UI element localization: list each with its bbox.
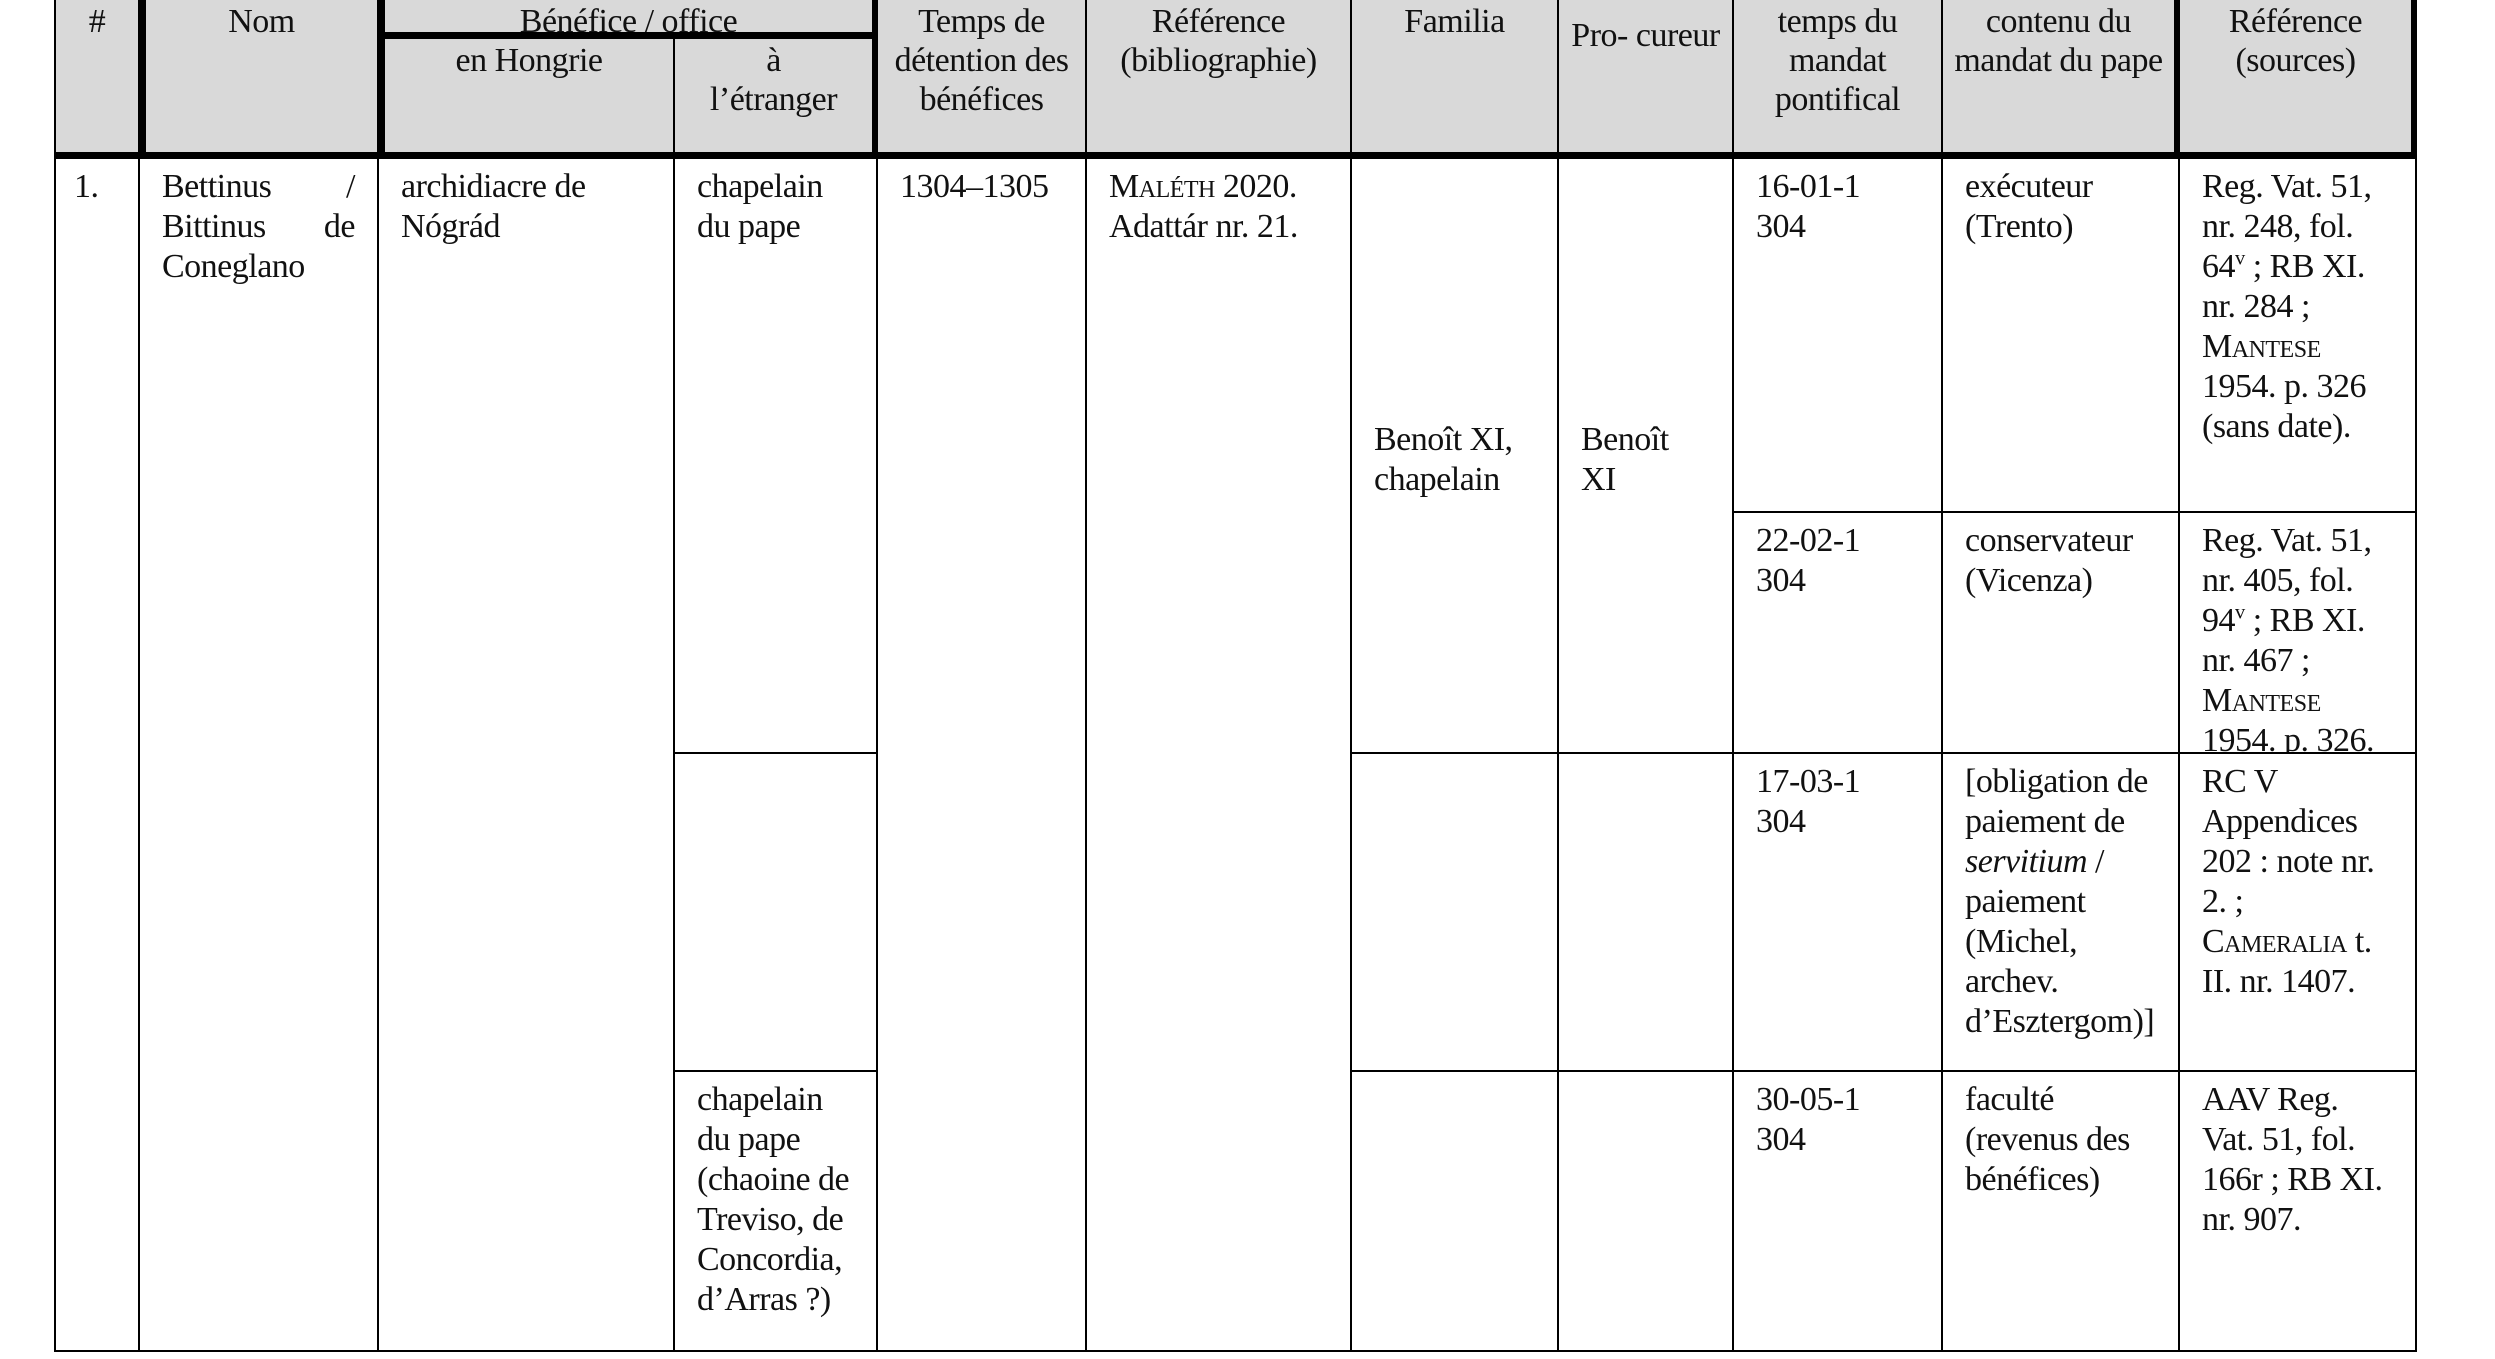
nom-line-1-right: / [346, 167, 355, 207]
header-nom: Nom [140, 0, 379, 159]
header-reference-sources: Référence (sources) [2180, 0, 2417, 159]
mandate-3-contenu-em: servitium [1965, 843, 2087, 880]
header-temps-mandat: temps du mandat pontifical [1734, 0, 1943, 159]
row-procureur-3 [1559, 1072, 1734, 1352]
mandate-4-source-value: AAV Reg. Vat. 51, fol. 166r ; RB XI. nr.… [2202, 1081, 2383, 1238]
header-a-letranger-line1: à [681, 41, 866, 80]
header-temps-detention: Temps de détention des bénéfices [878, 0, 1087, 159]
row-temps-detention-value: 1304–1305 [900, 168, 1049, 205]
mandate-4-date: 30-05-1304 [1734, 1072, 1943, 1352]
row-a-letranger-1-value: chapelain du pape [697, 168, 823, 245]
header-contenu-mandat-label: contenu du mandat du pape [1954, 3, 2162, 79]
biblio-author: Maléth [1109, 168, 1215, 205]
nom-line-2-right: de [324, 207, 355, 247]
nom-line-3: Coneglano [162, 247, 355, 287]
row-num: 1. [54, 159, 140, 1352]
mandate-2-source-sup: v [2235, 602, 2245, 624]
mandate-2-date: 22-02-1304 [1734, 513, 1943, 754]
header-en-hongrie-label: en Hongrie [455, 42, 602, 79]
mandate-1-source-post: 1954. p. 326 (sans date). [2202, 368, 2366, 445]
header-temps-mandat-label: temps du mandat pontifical [1775, 3, 1900, 118]
nom-line-1-left: Bettinus [162, 167, 271, 207]
mandate-1-source: Reg. Vat. 51, nr. 248, fol. 64v ; RB XI.… [2180, 159, 2417, 513]
mandate-2-date-value: 22-02-1304 [1756, 521, 1866, 601]
header-contenu-mandat: contenu du mandat du pape [1943, 0, 2180, 159]
mandate-3-source: RC V Appendices 202 : note nr. 2. ; Came… [2180, 754, 2417, 1072]
row-familia-2 [1352, 754, 1559, 1072]
mandate-2-contenu: conservateur (Vicenza) [1943, 513, 2180, 754]
mandate-2-contenu-value: conservateur (Vicenza) [1965, 522, 2133, 599]
mandate-4-source: AAV Reg. Vat. 51, fol. 166r ; RB XI. nr.… [2180, 1072, 2417, 1352]
header-num-label: # [89, 3, 106, 40]
row-procureur-1-value: Benoît XI [1581, 420, 1710, 500]
mandate-3-date-value: 17-03-1304 [1756, 762, 1866, 842]
row-procureur-1: Benoît XI [1559, 159, 1734, 754]
row-temps-detention: 1304–1305 [878, 159, 1087, 1352]
mandate-3-source-author: Cameralia [2202, 923, 2347, 960]
mandate-3-contenu-pre: [obligation de paiement de [1965, 763, 2148, 840]
mandate-2-source-post: 1954. p. 326. [2202, 722, 2374, 754]
row-a-letranger-3: chapelain du pape (chaoine de Treviso, d… [675, 1072, 878, 1352]
mandate-2-source: Reg. Vat. 51, nr. 405, fol. 94v ; RB XI.… [2180, 513, 2417, 754]
mandate-2-source-author: Mantese [2202, 682, 2321, 719]
nom-line-1: Bettinus/ [162, 167, 355, 207]
header-num: # [54, 0, 140, 159]
header-temps-detention-label: Temps de détention des bénéfices [895, 3, 1069, 118]
nom-line-2: Bittinusde [162, 207, 355, 247]
row-nom: Bettinus/ Bittinusde Coneglano [140, 159, 379, 1352]
header-familia: Familia [1352, 0, 1559, 159]
mandate-1-contenu-value: exécuteur (Trento) [1965, 168, 2093, 245]
mandate-1-source-sup: v [2235, 248, 2245, 270]
header-en-hongrie: en Hongrie [379, 39, 675, 159]
header-procureur: Pro- cureur [1559, 0, 1734, 159]
header-reference-biblio-label: Référence (bibliographie) [1120, 3, 1316, 79]
mandate-3-source-pre: RC V Appendices 202 : note nr. 2. ; [2202, 763, 2374, 920]
row-a-letranger-1: chapelain du pape [675, 159, 878, 754]
row-num-value: 1. [74, 168, 99, 205]
header-benefice-group: Bénéfice / office [379, 0, 878, 39]
mandate-1-contenu: exécuteur (Trento) [1943, 159, 2180, 513]
row-familia-1-value: Benoît XI, chapelain [1374, 420, 1535, 500]
mandate-4-date-value: 30-05-1304 [1756, 1080, 1866, 1160]
header-familia-label: Familia [1404, 3, 1504, 40]
header-reference-sources-label: Référence (sources) [2229, 3, 2362, 79]
header-nom-label: Nom [228, 3, 295, 40]
mandate-1-date-value: 16-01-1304 [1756, 167, 1866, 247]
benefice-table: # Nom Bénéfice / office Temps de détenti… [54, 0, 2420, 1354]
nom-line-2-left: Bittinus [162, 207, 266, 247]
row-familia-1: Benoît XI, chapelain [1352, 159, 1559, 754]
mandate-4-contenu: faculté (revenus des bénéfices) [1943, 1072, 2180, 1352]
header-a-letranger-line2: l’étranger [681, 80, 866, 119]
mandate-1-source-author: Mantese [2202, 328, 2321, 365]
mandate-1-date: 16-01-1304 [1734, 159, 1943, 513]
row-familia-3 [1352, 1072, 1559, 1352]
mandate-4-contenu-value: faculté (revenus des bénéfices) [1965, 1081, 2130, 1198]
row-en-hongrie-value: archidiacre de Nógrád [401, 168, 586, 245]
row-procureur-2 [1559, 754, 1734, 1072]
row-en-hongrie: archidiacre de Nógrád [379, 159, 675, 1352]
header-benefice-group-label: Bénéfice / office [520, 3, 737, 39]
mandate-3-date: 17-03-1304 [1734, 754, 1943, 1072]
header-reference-biblio: Référence (bibliographie) [1087, 0, 1352, 159]
row-reference-biblio: Maléth 2020. Adattár nr. 21. [1087, 159, 1352, 1352]
mandate-3-contenu: [obligation de paiement de servitium / p… [1943, 754, 2180, 1072]
header-procureur-label: Pro- cureur [1571, 17, 1719, 54]
header-a-letranger: à l’étranger [675, 39, 878, 159]
row-a-letranger-2 [675, 754, 878, 1072]
row-a-letranger-3-value: chapelain du pape (chaoine de Treviso, d… [697, 1081, 849, 1318]
